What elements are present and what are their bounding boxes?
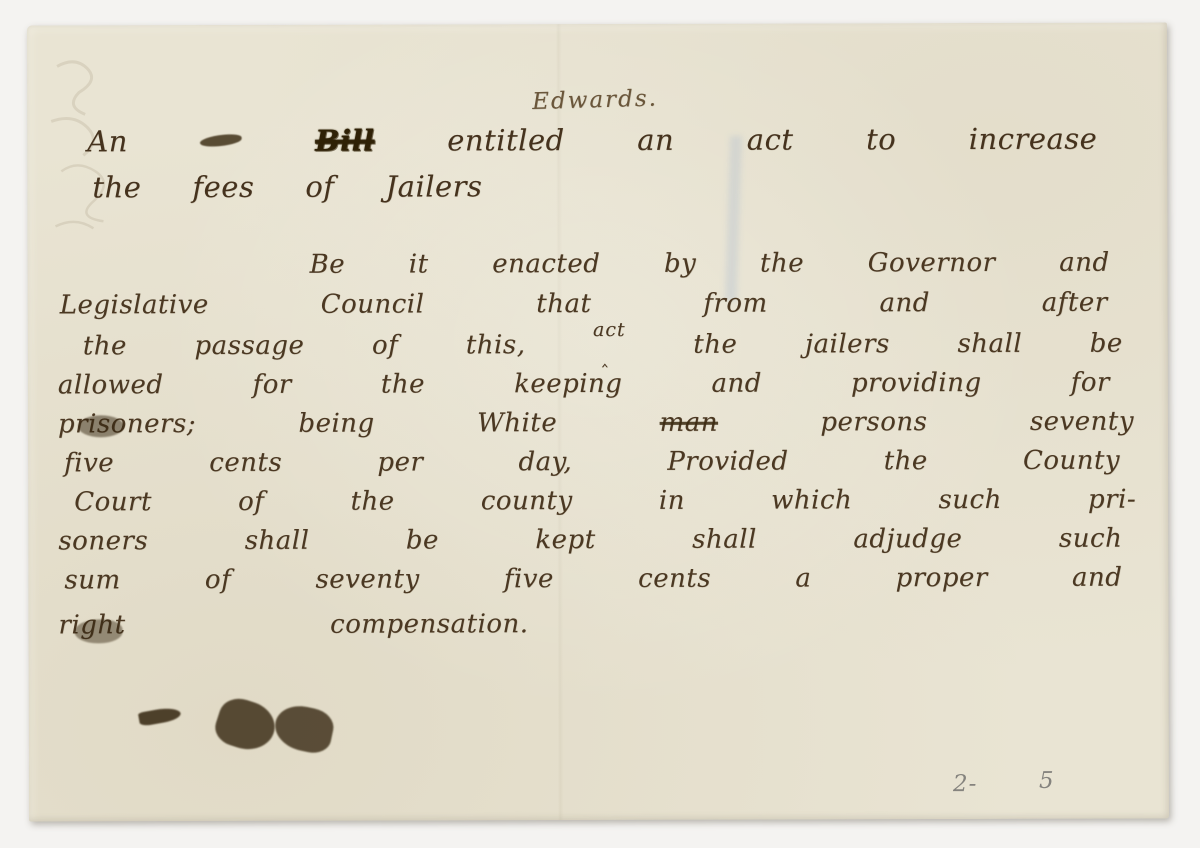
body-line-1: Be it enacted by the Governor and [310,249,1110,281]
docket-name: Edwards. [532,83,753,116]
ink-smudge [200,133,243,148]
body-line-8: soners shall be kept shall adjudge such [58,525,1122,558]
pencil-page-number-left: 2- [953,771,977,797]
pencil-page-number-right: 5 [1039,768,1055,794]
inserted-word-act: act [593,320,626,342]
heading-word-an: An [87,124,128,158]
ink-blot-large [211,693,281,756]
body-line-4: allowed for the keeping and providing fo… [58,369,1110,402]
ink-blot-large [271,701,337,756]
body-line-6: five cents per day, Provided the County [64,447,1120,480]
body-line-3-start: the passage of this, [83,330,526,361]
ink-blot-right [75,619,123,643]
body-line-5-end: persons seventy [820,407,1134,438]
body-line-7: Court of the county in which such pri- [74,486,1136,519]
body-line-9: sum of seventy five cents a proper and [64,564,1122,597]
body-line-5: prisoners; being White man persons seven… [58,408,1134,441]
body-line-3: the passage of this, act‸ the jailers sh… [83,330,1123,363]
body-word-compensation: compensation. [330,609,528,640]
body-word-man-struck: man [660,408,718,438]
scan-background: Edwards. An Bill entitled an act to incr… [0,0,1200,848]
body-line-2: Legislative Council that from and after [60,289,1108,322]
manuscript-page: Edwards. An Bill entitled an act to incr… [27,23,1169,822]
heading-line-2: the fees of Jailers [92,170,482,204]
ink-blot-prisoners [78,415,124,437]
ink-blot-small [138,706,182,727]
body-line-5-start: prisoners; being White [58,408,557,439]
body-line-3-end: the jailers shall be [693,329,1123,360]
body-line-10: right compensation. [58,610,528,641]
heading-line-1: An Bill entitled an act to increase [87,123,1097,159]
heading-rest: entitled an act to increase [447,122,1097,158]
heading-word-bill-struck: Bill [315,124,375,158]
